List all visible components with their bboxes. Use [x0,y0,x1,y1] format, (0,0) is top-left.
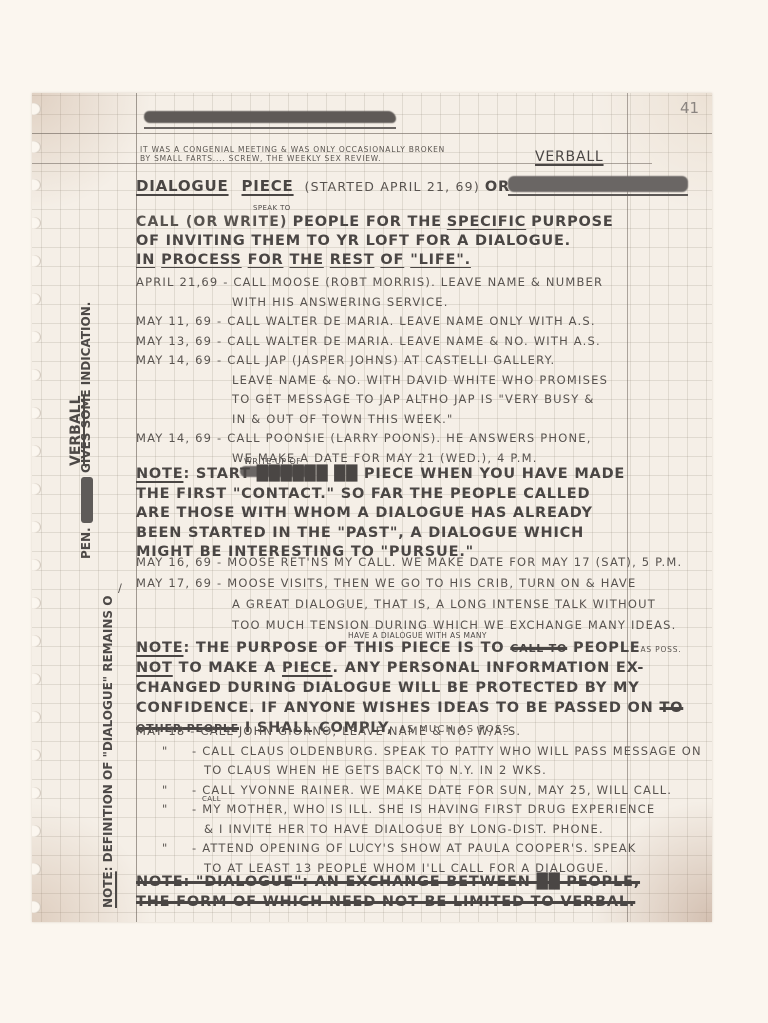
log-entry: A GREAT DIALOGUE, THAT IS, A LONG INTENS… [232,597,656,611]
heading-underline [144,127,396,129]
perforation-hole [32,635,41,647]
paper-stain [32,802,152,922]
perforation-hole [32,483,41,495]
perforation-hole [32,179,41,191]
verball-insert: VERBALL [535,149,604,165]
log-entry: MAY 18 - CALL JOHN GIORNO, LEAVE NAME & … [136,724,521,738]
note-1-line: ARE THOSE WITH WHOM A DIALOGUE HAS ALREA… [136,505,593,521]
note-1-line: NOTE: START ██████ ██ PIECE WHEN YOU HAV… [136,466,625,482]
log-entry: TOO MUCH TENSION DURING WHICH WE EXCHANG… [232,618,677,632]
redacted-word [508,176,688,192]
header-rule [32,133,712,134]
log-entry: MAY 11, 69 - CALL WALTER DE MARIA. LEAVE… [136,314,596,328]
log-entry: MAY 17, 69 - MOOSE VISITS, THEN WE GO TO… [136,576,636,590]
perforation-hole [32,217,41,229]
struck-note-line: NOTE: "DIALOGUE": AN EXCHANGE BETWEEN ██… [136,874,640,890]
log-entry: LEAVE NAME & NO. WITH DAVID WHITE WHO PR… [232,373,608,387]
perforation-hole [32,445,41,457]
log-entry: - CALL CLAUS OLDENBURG. SPEAK TO PATTY W… [192,744,702,758]
underlined-word: OF [380,252,404,268]
log-entry: MAY 13, 69 - CALL WALTER DE MARIA. LEAVE… [136,334,601,348]
redaction-underline [508,194,688,196]
insert-have-a-dialogue: HAVE A DIALOGUE WITH AS MANY [348,631,487,640]
log-entry: TO GET MESSAGE TO JAP ALTHO JAP IS "VERY… [232,392,595,406]
log-entry: - ATTEND OPENING OF LUCY'S SHOW AT PAULA… [192,841,637,855]
preface-line: BY SMALL FARTS.... SCREW, THE WEEKLY SEX… [140,154,381,163]
underlined-word: PROCESS [161,252,242,268]
page-number: 41 [680,99,699,117]
perforation-hole [32,255,41,267]
log-entry: APRIL 21,69 - CALL MOOSE (ROBT MORRIS). … [136,275,603,289]
perforation-hole [32,825,41,837]
perforation-hole [32,407,41,419]
redacted-word [81,477,93,523]
perforation-hole [32,369,41,381]
perforation-hole [32,673,41,685]
log-entry: WITH HIS ANSWERING SERVICE. [232,295,449,309]
perforation-hole [32,863,41,875]
note-2-label: NOTE [136,640,183,656]
ditto-mark: " [162,841,169,855]
title-line: DIALOGUE PIECE (STARTED APRIL 21, 69) OR [136,177,510,196]
underlined-word: "LIFE". [410,252,471,268]
log-entry: MAY 14, 69 - CALL JAP (JASPER JOHNS) AT … [136,353,555,367]
margin-vertical-lower: NOTE: DEFINITION OF "DIALOGUE" REMAINS O [101,596,115,908]
instruction-line: OF INVITING THEM TO YR LOFT FOR A DIALOG… [136,233,571,249]
underlined-word: FOR [248,252,284,268]
title-started: (STARTED APRIL 21, 69) [305,179,480,194]
preface-line: IT WAS A CONGENIAL MEETING & WAS ONLY OC… [140,145,445,154]
title-or: OR [485,179,510,195]
log-entry: TO CLAUS WHEN HE GETS BACK TO N.Y. IN 2 … [204,763,547,777]
log-entry: IN & OUT OF TOWN THIS WEEK." [232,412,453,426]
perforation-hole [32,103,41,115]
ditto-mark: " [162,802,169,816]
perforation-hole [32,749,41,761]
struck-text: CALL TO [510,642,567,655]
perforation-hole [32,597,41,609]
insert-speak-to: SPEAK TO [253,204,291,212]
struck-text: TO [659,700,683,716]
instruction-line: CALL (OR WRITE) PEOPLE FOR THE SPECIFIC … [136,213,614,231]
perforation-hole [32,787,41,799]
perforation-hole [32,559,41,571]
perforation-hole [32,141,41,153]
struck-note-line: THE FORM OF WHICH NEED NOT BE LIMITED TO… [136,894,635,910]
ditto-mark: " [162,783,169,797]
note-1-label: NOTE [136,466,183,482]
perforation-hole [32,521,41,533]
perforation-hole [32,711,41,723]
ditto-mark: " [162,744,169,758]
title-piece: PIECE [242,177,294,195]
note-1-line: BEEN STARTED IN THE "PAST", A DIALOGUE W… [136,525,584,541]
margin-tick: / [118,581,123,595]
perforation-hole [32,293,41,305]
log-entry: MAY 14, 69 - CALL POONSIE (LARRY POONS).… [136,431,592,445]
log-entry: TO AT LEAST 13 PEOPLE WHOM I'LL CALL FOR… [204,861,609,875]
log-entry: MAY 16, 69 - MOOSE RET'NS MY CALL. WE MA… [136,555,682,569]
underlined-word: THE [289,252,323,268]
log-entry: - CALL YVONNE RAINER. WE MAKE DATE FOR S… [192,783,672,797]
log-entry: - MY MOTHER, WHO IS ILL. SHE IS HAVING F… [192,802,655,816]
note-1-line: THE FIRST "CONTACT." SO FAR THE PEOPLE C… [136,486,590,502]
scribbled-heading [144,111,396,123]
margin-verball-insert: VERBALL [68,395,84,466]
perforation-hole [32,901,41,913]
notebook-page: 41 IT WAS A CONGENIAL MEETING & WAS ONLY… [32,93,712,922]
instruction-line: INPROCESSFORTHERESTOF"LIFE". [136,252,477,268]
title-dialogue: DIALOGUE [136,177,229,195]
right-rule [627,93,628,922]
underlined-word: REST [330,252,375,268]
underlined-word: IN [136,252,155,268]
paper-stain [32,93,152,213]
perforation-hole [32,331,41,343]
insert-write-up-of: WRITE-UP OF [244,457,301,466]
log-entry: & I INVITE HER TO HAVE DIALOGUE BY LONG-… [204,822,604,836]
